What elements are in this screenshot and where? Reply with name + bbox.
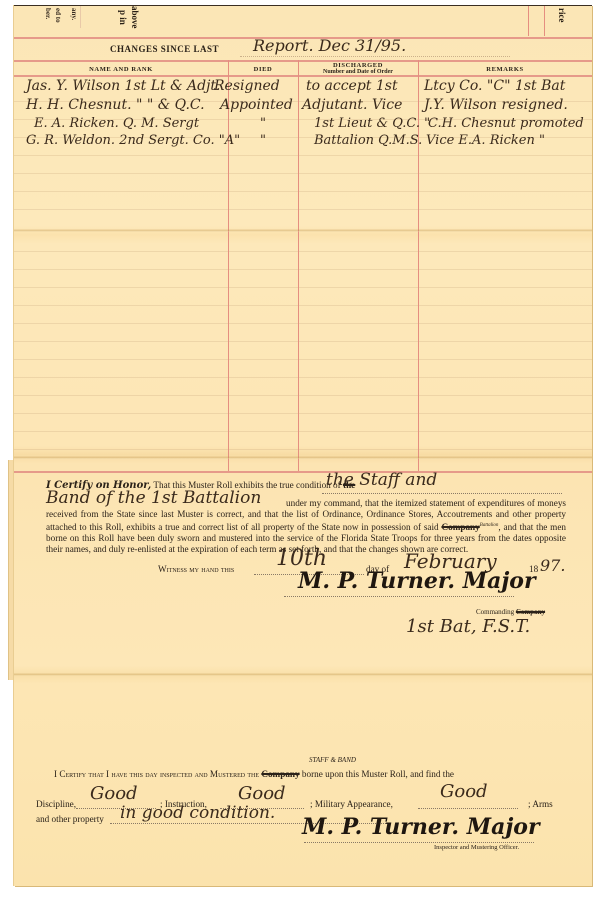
top-fragment-5: rice xyxy=(557,8,567,22)
discipline-label: Discipline, xyxy=(36,799,76,810)
year-suffix: 97. xyxy=(540,556,565,575)
col-header-discharged: DISCHARGED Number and Date of Order xyxy=(298,62,418,76)
inspector-signature: M. P. Turner. Major xyxy=(302,814,540,840)
fold-crease-3 xyxy=(14,673,592,676)
inspection-text-2: borne upon this Muster Roll, and find th… xyxy=(302,769,454,779)
witness-label: Witness my hand this xyxy=(158,564,234,575)
appearance-label: ; Military Appearance, xyxy=(310,799,393,810)
row-2-discharged: Adjutant. Vice xyxy=(302,97,402,113)
arms-label: ; Arms xyxy=(528,799,553,810)
inserted-word: Battalion xyxy=(480,523,499,528)
row-2-remarks: J.Y. Wilson resigned. xyxy=(424,97,568,113)
struck-company: Company xyxy=(441,522,479,532)
commanding-label: Commanding Company xyxy=(476,608,545,616)
row-1-remarks: Ltcy Co. "C" 1st Bat xyxy=(424,78,565,94)
col-header-name-rank: NAME AND RANK xyxy=(14,66,228,73)
row-4-name-rank: G. R. Weldon. 2nd Sergt. Co. "A" xyxy=(26,133,240,148)
divider-died xyxy=(228,60,229,471)
col-header-died: DIED xyxy=(228,66,298,73)
inspection-struck: Company xyxy=(261,769,299,779)
discipline-value: Good xyxy=(90,783,138,804)
rule-bottom xyxy=(14,471,592,473)
col-header-discharged-label: DISCHARGED xyxy=(298,62,418,69)
top-fragment-4: above xyxy=(130,6,140,29)
commanding-text: Commanding xyxy=(476,608,514,616)
row-4-discharged: Battalion Q.M.S. xyxy=(314,133,422,148)
instruction-value: Good xyxy=(238,783,286,804)
row-2-name-rank: H. H. Chesnut. " " & Q.C. xyxy=(26,97,205,113)
top-fragment-3: p in xyxy=(118,10,128,25)
fold-crease-2 xyxy=(14,456,592,459)
property-label: and other property xyxy=(36,814,104,825)
divider-discharged xyxy=(298,60,299,471)
col-header-discharged-sub: Number and Date of Order xyxy=(298,69,418,76)
row-3-died: " xyxy=(260,116,266,131)
row-3-discharged: 1st Lieut & Q.C. " xyxy=(314,116,430,131)
commander-signature: M. P. Turner. Major xyxy=(298,568,536,594)
row-3-remarks: C.H. Chesnut promoted xyxy=(428,116,584,131)
fold-crease-1 xyxy=(14,229,592,232)
inspection-line-1: I Certify that I have this day inspected… xyxy=(54,769,574,780)
unit-designation: 1st Bat, F.S.T. xyxy=(406,616,530,637)
row-1-died: Resigned xyxy=(214,78,280,94)
row-4-died: " xyxy=(260,133,266,148)
top-fragment-1: ber. xyxy=(44,8,52,19)
row-3-name-rank: E. A. Ricken. Q. M. Sergt xyxy=(34,116,199,131)
row-2-died: Appointed xyxy=(220,97,293,113)
changes-title: CHANGES SINCE LAST xyxy=(110,44,219,54)
top-fragment-0: ed to xyxy=(54,8,62,23)
commanding-struck: Company xyxy=(516,608,545,616)
row-1-discharged: to accept 1st xyxy=(306,78,398,94)
row-1-name-rank: Jas. Y. Wilson 1st Lt & Adjt. xyxy=(26,78,221,94)
appearance-value: Good xyxy=(440,781,488,802)
inspection-inserted: STAFF & BAND xyxy=(309,756,356,764)
property-value: in good condition. xyxy=(120,803,275,823)
row-4-remarks: Vice E.A. Ricken " xyxy=(426,133,545,148)
inspection-text-1: I Certify that I have this day inspected… xyxy=(54,769,259,779)
col-header-remarks: REMARKS xyxy=(418,66,592,73)
muster-roll-page: ber. ed to any. p in above rice CHANGES … xyxy=(14,5,592,886)
changes-title-handwritten: Report. Dec 31/95. xyxy=(253,36,406,55)
certify-hand-1: the Staff and xyxy=(326,470,437,490)
top-fragment-2: any. xyxy=(70,8,78,20)
inspector-title: Inspector and Mustering Officer. xyxy=(434,844,519,851)
